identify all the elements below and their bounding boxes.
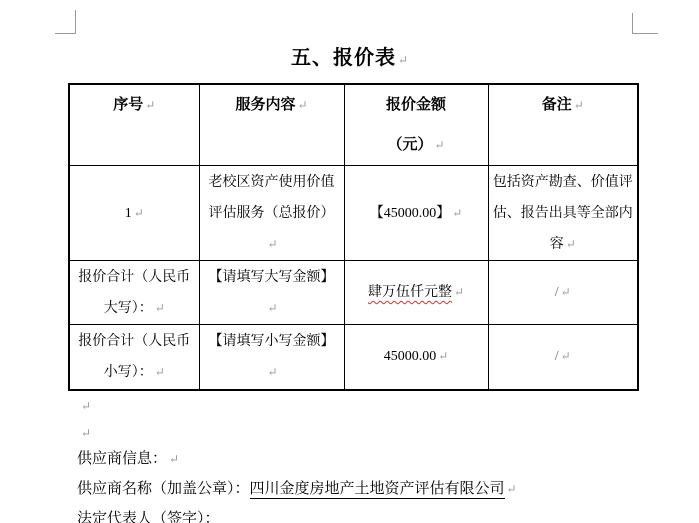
pilcrow-icon: ↵ xyxy=(145,98,155,112)
header-cell-service: 服务内容↵ xyxy=(199,84,344,166)
pilcrow-icon: ↵ xyxy=(566,237,576,251)
pilcrow-icon: ↵ xyxy=(134,206,144,220)
supplier-info-label: 供应商信息： xyxy=(77,451,167,467)
header-cell-amount: 报价金额 （元）↵ xyxy=(344,84,488,166)
pilcrow-icon: ↵ xyxy=(297,98,307,112)
page-corner-mark-top-right xyxy=(632,13,658,34)
pilcrow-icon: ↵ xyxy=(398,53,408,67)
header-cell-serial: 序号↵ xyxy=(69,84,199,166)
pilcrow-icon: ↵ xyxy=(561,285,571,299)
table-row-item-1: 1↵ 老校区资产使用价值评估服务（总报价）↵ 【45000.00】↵ 包括资产勘… xyxy=(69,166,638,261)
cell-amount-uppercase: 肆万伍仟元整↵ xyxy=(344,261,488,325)
document-page: 五、报价表↵ 序号↵ 服务内容↵ 报价金额 （元）↵ 备注↵ 1↵ 老校区资产使… xyxy=(0,0,699,523)
supplier-name-line: 供应商名称（加盖公章）：四川金度房地产土地资产评估有限公司↵ xyxy=(77,479,517,499)
cell-total-uppercase-label: 报价合计（人民币大写）：↵ xyxy=(69,261,199,325)
representative-label: 法定代表人（签字）： xyxy=(77,511,220,523)
header-cell-remark: 备注↵ xyxy=(488,84,638,166)
page-corner-mark-top-left xyxy=(55,10,76,34)
pilcrow-icon: ↵ xyxy=(267,237,277,251)
page-title: 五、报价表↵ xyxy=(0,44,699,74)
supplier-name-value: 四川金度房地产土地资产评估有限公司 xyxy=(250,481,505,499)
pilcrow-icon: ↵ xyxy=(267,301,277,315)
supplier-info-line: 供应商信息：↵ xyxy=(77,449,179,469)
cell-remark-uppercase: /↵ xyxy=(488,261,638,325)
pilcrow-icon: ↵ xyxy=(561,349,571,363)
pilcrow-icon: ↵ xyxy=(155,301,165,315)
pilcrow-icon: ↵ xyxy=(267,365,277,379)
pilcrow-icon: ↵ xyxy=(454,285,464,299)
cell-fill-uppercase-placeholder: 【请填写大写金额】↵ xyxy=(199,261,344,325)
table-header-row: 序号↵ 服务内容↵ 报价金额 （元）↵ 备注↵ xyxy=(69,84,638,166)
table-row-total-uppercase: 报价合计（人民币大写）：↵ 【请填写大写金额】↵ 肆万伍仟元整↵ /↵ xyxy=(69,261,638,325)
cell-fill-lowercase-placeholder: 【请填写小写金额】↵ xyxy=(199,325,344,390)
pilcrow-icon: ↵ xyxy=(169,452,179,466)
spellcheck-underlined-text: 肆万伍仟元整 xyxy=(368,285,452,300)
cell-remark-lowercase: /↵ xyxy=(488,325,638,390)
pilcrow-icon: ↵ xyxy=(81,399,91,413)
pilcrow-icon: ↵ xyxy=(452,206,462,220)
cell-service-1: 老校区资产使用价值评估服务（总报价）↵ xyxy=(199,166,344,261)
cell-serial-1: 1↵ xyxy=(69,166,199,261)
table-row-total-lowercase: 报价合计（人民币小写）：↵ 【请填写小写金额】↵ 45000.00↵ /↵ xyxy=(69,325,638,390)
pilcrow-icon: ↵ xyxy=(574,98,584,112)
cell-total-lowercase-label: 报价合计（人民币小写）：↵ xyxy=(69,325,199,390)
pilcrow-icon: ↵ xyxy=(81,426,91,440)
pilcrow-icon: ↵ xyxy=(155,365,165,379)
supplier-name-label: 供应商名称（加盖公章）： xyxy=(77,481,250,497)
cell-remark-1: 包括资产勘查、价值评估、报告出具等全部内容↵ xyxy=(488,166,638,261)
page-title-text: 五、报价表 xyxy=(291,47,396,69)
pilcrow-icon: ↵ xyxy=(507,482,517,496)
empty-paragraph: ↵ xyxy=(79,426,91,440)
pilcrow-icon: ↵ xyxy=(434,138,444,152)
cell-amount-lowercase: 45000.00↵ xyxy=(344,325,488,390)
representative-line: 法定代表人（签字）： xyxy=(77,509,220,523)
quotation-table: 序号↵ 服务内容↵ 报价金额 （元）↵ 备注↵ 1↵ 老校区资产使用价值评估服务… xyxy=(68,83,639,391)
cell-amount-1: 【45000.00】↵ xyxy=(344,166,488,261)
pilcrow-icon: ↵ xyxy=(438,349,448,363)
empty-paragraph: ↵ xyxy=(79,399,91,413)
